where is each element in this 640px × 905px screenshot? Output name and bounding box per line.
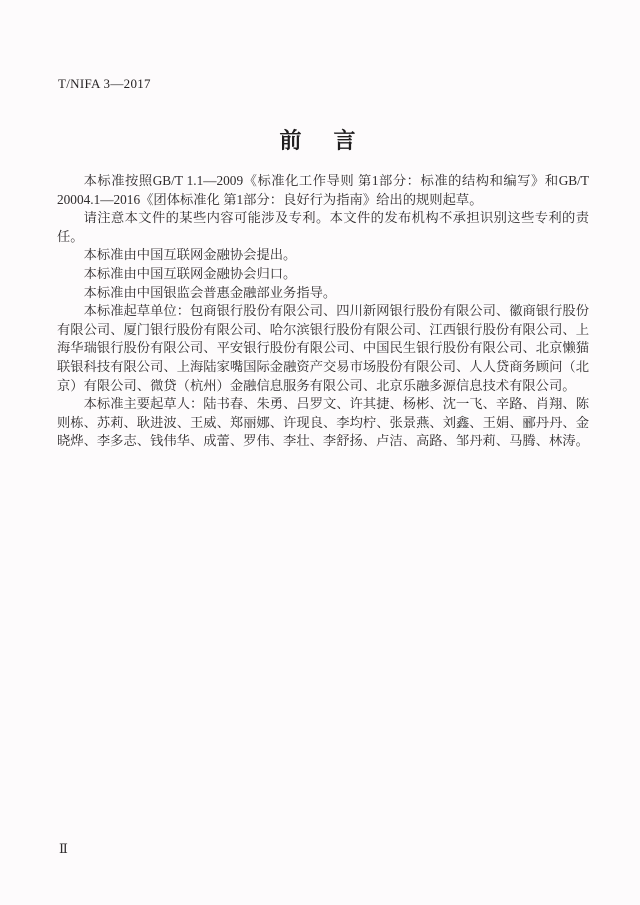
paragraph-centralized-by: 本标准由中国互联网金融协会归口。 — [57, 265, 589, 284]
standard-code: T/NIFA 3—2017 — [58, 76, 151, 92]
foreword-body: 本标准按照GB/T 1.1—2009《标准化工作导则 第1部分：标准的结构和编写… — [57, 172, 589, 451]
paragraph-patent-notice: 请注意本文件的某些内容可能涉及专利。本文件的发布机构不承担识别这些专利的责任。 — [57, 209, 589, 246]
paragraph-drafting-organizations: 本标准起草单位：包商银行股份有限公司、四川新网银行股份有限公司、徽商银行股份有限… — [57, 302, 589, 395]
paragraph-proposed-by: 本标准由中国互联网金融协会提出。 — [57, 246, 589, 265]
paragraph-main-drafters: 本标准主要起草人：陆书春、朱勇、吕罗文、许其捷、杨彬、沈一飞、辛路、肖翔、陈则栋… — [57, 395, 589, 451]
paragraph-rules-basis: 本标准按照GB/T 1.1—2009《标准化工作导则 第1部分：标准的结构和编写… — [57, 172, 589, 209]
page-title: 前 言 — [0, 124, 640, 155]
document-page: T/NIFA 3—2017 前 言 本标准按照GB/T 1.1—2009《标准化… — [0, 0, 640, 905]
paragraph-business-guidance: 本标准由中国银监会普惠金融部业务指导。 — [57, 284, 589, 303]
page-number: Ⅱ — [59, 841, 68, 857]
